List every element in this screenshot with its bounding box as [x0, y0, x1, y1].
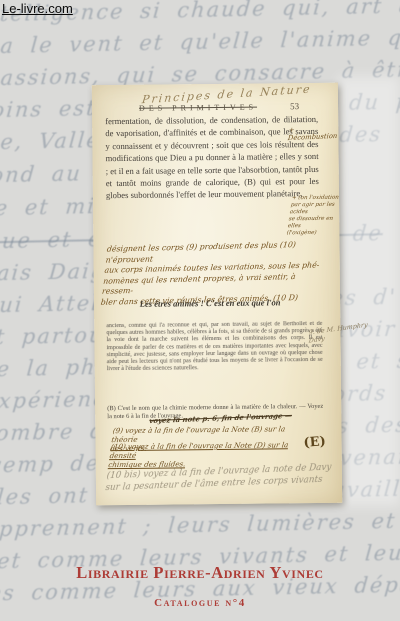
catalogue-cover: intelligence si chaude qui, art à vien t… — [0, 0, 400, 621]
page-number: 53 — [290, 101, 299, 111]
bookshop-title: Librairie Pierre-Adrien Yvinec — [0, 563, 400, 583]
margin-note-decombustion: + Décombustion — [287, 124, 339, 142]
catalogue-number: Catalogue n°4 — [0, 597, 400, 609]
margin-note-oxidation: + (on l'oxidation par agir par les acide… — [286, 195, 342, 238]
background-script-line: apprennent ; leurs lumières et leurs b — [0, 507, 400, 542]
site-watermark: Le-livre.com — [2, 1, 73, 16]
manuscript-mark-e: (E) — [303, 434, 326, 451]
scan-highlight — [338, 76, 400, 506]
printed-footnote-block: anciens, comme qui l'a reconnue et qui, … — [106, 321, 323, 403]
running-head-struck: DES PRIMITIVES — [128, 102, 268, 112]
printed-subtitle-line: Les êtres animés ! C'est en eux que l'on — [94, 297, 326, 309]
background-script-line: a le vent et qu'elle l'anime que dompte,… — [0, 21, 400, 58]
scanned-book-page: Principes de la Nature DES PRIMITIVES 53… — [92, 83, 342, 506]
